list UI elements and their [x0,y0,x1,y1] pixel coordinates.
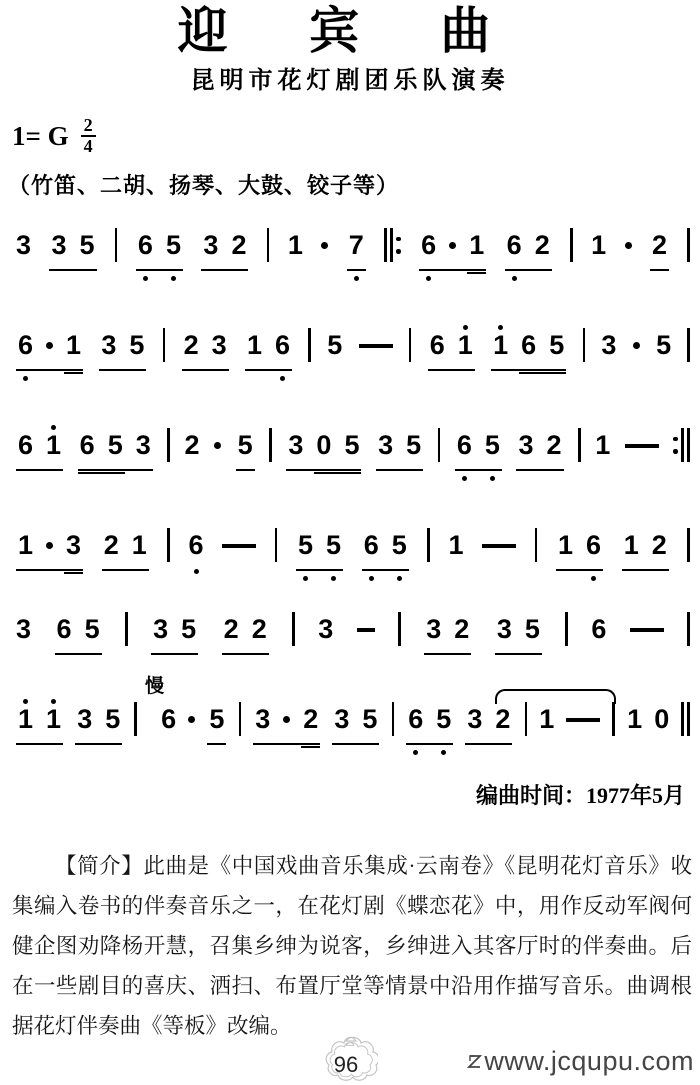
barline-single [167,428,170,462]
note-digit: 5 [436,704,451,734]
note: 5 [344,430,359,465]
barline-stroke [398,612,401,646]
barline-stroke [275,528,278,562]
eighth-beam-group: 13 [16,530,83,571]
note: 2 [184,330,199,365]
octave-dot-below [331,576,336,581]
note: 5 [436,704,451,739]
note-digit: 6 [189,530,204,560]
note: 0 [654,704,669,739]
barline-stroke [292,612,295,646]
note: 1 [627,704,642,739]
note: 3 [51,230,66,265]
note: 2 [652,530,667,565]
eighth-beam-group: 55 [296,530,343,571]
music-line-3: 61653253053565321 [16,430,690,471]
repeat-dots [673,428,678,462]
note: 5 [298,530,313,565]
duration-dot [46,342,53,349]
note: 6 [364,530,379,565]
barline-stroke [687,228,690,262]
eighth-beam-group: 5 [236,430,255,471]
note-digit: 1 [132,530,147,560]
octave-dot-below [413,750,418,755]
note-digit: 2 [303,704,318,734]
octave-dot-below [143,276,148,281]
note-digit: 5 [105,704,120,734]
note: 5 [209,704,224,739]
eighth-beam-group: 65 [455,430,502,471]
note: 5 [656,330,671,365]
note: 6 [161,704,176,739]
time-signature: 2 4 [81,116,96,156]
instrument-list: （竹笛、二胡、扬琴、大鼓、铰子等） [8,172,399,200]
note: 1 [539,704,554,739]
note: 3 [426,614,441,649]
note-digit: 2 [495,704,510,734]
note-digit: 5 [344,430,359,460]
sixteenth-beam-group: 65 [521,330,564,365]
note-digit: 5 [298,530,313,560]
note-digit: 1 [46,704,61,734]
eighth-beam-group: 61 [428,330,475,371]
note-digit: 6 [364,530,379,560]
repeat-dot [396,249,401,254]
note-digit: 6 [161,704,176,734]
note-digit: 5 [129,330,144,360]
barline-single [687,612,690,646]
note: 3 [16,230,31,265]
note-digit: 5 [166,230,181,260]
note-digit: 3 [378,430,393,460]
music-line-6: 1135慢6532356532110 [16,704,690,745]
barline-end-repeat [673,428,690,462]
note-digit: 2 [535,230,550,260]
eighth-beam-group: 32 [424,614,471,655]
barline-stroke [269,428,272,462]
octave-dot-above [23,699,28,704]
barline-stroke [390,228,393,262]
note: 1 [46,704,61,739]
note-digit: 5 [85,614,100,644]
note-digit: 2 [454,614,469,644]
eighth-beam-group: 35 [495,614,542,655]
note-digit: 3 [497,614,512,644]
sixteenth-beam-line [467,272,486,275]
barline-single [167,528,170,562]
note: 6 [189,530,204,565]
barline-stroke [687,528,690,562]
octave-dot-below [23,376,28,381]
note-digit: 5 [327,330,342,360]
note: 5 [327,330,342,365]
eighth-beam-group: 65 [362,530,409,571]
music-line-1: 335653217616212 [16,230,690,271]
sixteenth-beam-line [301,746,320,749]
page-number-ornament: 96 [314,1036,378,1085]
sixteenth-beam-group: 65 [80,430,123,465]
eighth-beam-group: 11 [16,704,63,745]
note: 3 [497,614,512,649]
barline-stroke [687,612,690,646]
half-note-dash [566,718,600,722]
note-digit: 3 [601,330,616,360]
note-digit: 6 [138,230,153,260]
eighth-beam-group: 7 [347,230,366,271]
sixteenth-beam-group: 1 [469,230,484,265]
note: 5 [485,430,500,465]
barline-stroke [267,228,270,262]
note: 2 [252,614,267,649]
half-note-dash [357,628,375,632]
note-digit: 3 [153,614,168,644]
note-digit: 3 [426,614,441,644]
octave-dot-below [490,476,495,481]
sixteenth-beam-line [64,372,83,375]
half-note-dash [625,444,659,448]
half-note-dash [222,544,256,548]
octave-dot-above [463,325,468,330]
note: 6 [421,230,436,265]
note: 2 [104,530,119,565]
duration-dot [283,716,290,723]
note: 2 [184,430,199,465]
note-digit: 6 [591,614,606,644]
duration-dot [188,716,195,723]
barline-single [578,428,581,462]
note-digit: 1 [46,430,61,460]
key-signature-text: 1= G [12,119,69,153]
barline-single [398,612,401,646]
note-digit: 1 [469,230,484,260]
octave-dot-below [462,476,467,481]
barline-single [134,702,137,736]
note-digit: 3 [203,230,218,260]
eighth-beam-group: 62 [505,230,552,271]
octave-dot-below [369,576,374,581]
octave-dot-below [303,576,308,581]
octave-dot-below [194,569,199,574]
note-digit: 5 [108,430,123,460]
note: 3 [518,430,533,465]
note-digit: 6 [586,530,601,560]
eighth-beam-group: 61 [16,330,83,371]
note-digit: 1 [627,704,642,734]
music-line-4: 13216556511612 [16,530,690,571]
sheet-music-page: 迎 宾 曲 昆明市花灯剧团乐队演奏 1= G 2 4 （竹笛、二胡、扬琴、大鼓、… [0,0,700,1085]
note: 6 [591,614,606,649]
note-digit: 5 [181,614,196,644]
note: 5 [85,614,100,649]
note: 5 [129,330,144,365]
barline-single [267,228,270,262]
barline-stroke [681,702,684,736]
note: 1 [46,430,61,465]
note: 3 [601,330,616,365]
barline-stroke [167,428,170,462]
note-digit: 6 [18,330,33,360]
duration-dot [633,342,640,349]
note-digit: 2 [224,614,239,644]
note: 3 [77,704,92,739]
eighth-beam-group: 65 [136,230,183,271]
note-digit: 3 [136,430,151,460]
note-digit: 1 [18,704,33,734]
barline-single [239,702,242,736]
half-note-dash [482,544,516,548]
note-digit: 3 [101,330,116,360]
note-digit: 1 [18,530,33,560]
note-digit: 1 [558,530,573,560]
note: 3 [334,704,349,739]
note-digit: 3 [212,330,227,360]
note: 1 [624,530,639,565]
performer-subtitle: 昆明市花灯剧团乐队演奏 [0,66,700,96]
sixteenth-beam-line [78,472,125,475]
barline-stroke [525,702,528,736]
note-digit: 1 [449,530,464,560]
note: 2 [224,614,239,649]
note-digit: 2 [252,614,267,644]
barline-single [392,702,395,736]
barline-single [687,328,690,362]
note: 1 [469,230,484,265]
repeat-dot [673,449,678,454]
page-title: 迎 宾 曲 [0,2,684,60]
note: 5 [549,330,564,365]
eighth-beam-group: 21 [102,530,149,571]
note: 3 [203,230,218,265]
barline-stroke [681,428,684,462]
note-digit: 5 [362,704,377,734]
note: 5 [181,614,196,649]
note: 6 [275,330,290,365]
barline-stroke [409,328,412,362]
note-digit: 2 [184,330,199,360]
barline-single [687,528,690,562]
note: 5 [238,430,253,465]
note: 1 [591,230,606,265]
barline-stroke [687,428,690,462]
barline-single [525,702,528,736]
note: 5 [166,230,181,265]
note: 2 [303,704,318,739]
note: 6 [430,330,445,365]
barline-single [115,228,118,262]
music-line-5: 3653522332356 [16,614,690,655]
note-digit: 3 [318,614,333,644]
note: 5 [108,430,123,465]
note-digit: 1 [591,230,606,260]
barline-single [438,428,441,462]
note-digit: 5 [209,704,224,734]
sixteenth-beam-group: 2 [303,704,318,739]
note: 1 [66,330,81,365]
note: 3 [136,430,151,465]
note-digit: 3 [77,704,92,734]
barline-single [409,328,412,362]
note-digit: 1 [288,230,303,260]
barline-stroke [125,612,128,646]
sixteenth-beam-line [519,372,566,375]
barline-stroke [384,228,387,262]
note: 1 [18,704,33,739]
watermark: www.jcqupu.com [466,1046,694,1076]
note: 2 [495,704,510,739]
barline-single [687,228,690,262]
page-number: 96 [314,1053,378,1077]
note-digit: 6 [408,704,423,734]
sixteenth-beam-group: 05 [316,430,359,465]
eighth-beam-group: 12 [622,530,669,571]
note: 3 [378,430,393,465]
note: 3 [467,704,482,739]
duration-dot [449,242,456,249]
note: 3 [16,614,31,649]
octave-dot-below [591,576,596,581]
note: 1 [595,430,610,465]
note: 7 [349,230,364,265]
barline-begin-repeat [384,228,401,262]
repeat-dot [673,437,678,442]
note: 6 [138,230,153,265]
barline-single [125,612,128,646]
note: 6 [507,230,522,265]
barline-stroke [134,702,137,736]
barline-single [535,528,538,562]
note-digit: 3 [51,230,66,260]
eighth-beam-group: 32 [516,430,563,471]
octave-dot-below [354,276,359,281]
barline-stroke [687,702,690,736]
note: 5 [392,530,407,565]
note: 1 [493,330,508,365]
note-digit: 1 [539,704,554,734]
barline-single [583,328,586,362]
key-signature: 1= G 2 4 [12,116,96,156]
note-digit: 5 [406,430,421,460]
note: 5 [80,230,95,265]
eighth-beam-group: 32 [253,704,320,745]
note: 3 [101,330,116,365]
barline-stroke [535,528,538,562]
note-digit: 6 [457,430,472,460]
note-digit: 2 [652,530,667,560]
eighth-beam-group: 35 [49,230,96,271]
barline-stroke [167,528,170,562]
note: 1 [247,330,262,365]
note-digit: 2 [652,230,667,260]
note: 1 [132,530,147,565]
sixteenth-beam-line [314,472,361,475]
note-digit: 3 [518,430,533,460]
duration-dot [321,242,328,249]
note-digit: 5 [656,330,671,360]
note: 1 [558,530,573,565]
barline-single [292,612,295,646]
note-digit: 3 [467,704,482,734]
barline-single [565,612,568,646]
barline-stroke [427,528,430,562]
barline-stroke [438,428,441,462]
eighth-beam-group: 22 [222,614,269,655]
barline-stroke [239,702,242,736]
repeat-dot [396,237,401,242]
note-digit: 1 [247,330,262,360]
eighth-beam-group: 35 [151,614,198,655]
barline-stroke [163,328,166,362]
barline-stroke [392,702,395,736]
note: 5 [406,430,421,465]
barline-stroke [583,328,586,362]
note: 5 [105,704,120,739]
note-digit: 1 [66,330,81,360]
sixteenth-beam-group: 3 [66,530,81,565]
note-digit: 2 [231,230,246,260]
eighth-beam-group: 32 [201,230,248,271]
barline-stroke [115,228,118,262]
barline-stroke [612,702,615,736]
duration-dot [625,242,632,249]
note-digit: 5 [525,614,540,644]
eighth-beam-group: 35 [99,330,146,371]
note: 6 [457,430,472,465]
barline-single [427,528,430,562]
duration-dot [46,542,53,549]
barline-final [681,702,690,736]
barline-single [612,702,615,736]
note: 5 [525,614,540,649]
note-digit: 3 [66,530,81,560]
half-note-dash [630,628,664,632]
arrangement-date: 编曲时间：1977年5月 [476,782,685,810]
note-digit: 6 [57,614,72,644]
barline-stroke [308,328,311,362]
note-digit: 6 [80,430,95,460]
sixteenth-beam-line [64,572,83,575]
eighth-beam-group: 23 [182,330,229,371]
eighth-beam-group: 61 [16,430,63,471]
octave-dot-below [280,376,285,381]
note: 3 [318,614,333,649]
barline-single [269,428,272,462]
note-digit: 5 [549,330,564,360]
tempo-mark-text: 慢 [145,677,164,697]
note: 1 [449,530,464,565]
octave-dot-below [426,276,431,281]
note-digit: 6 [507,230,522,260]
note-digit: 5 [392,530,407,560]
eighth-beam-group: 16 [245,330,292,371]
note: 2 [652,230,667,265]
note-digit: 1 [624,530,639,560]
note-digit: 5 [485,430,500,460]
barline-single [163,328,166,362]
note: 6 [57,614,72,649]
note: 3 [153,614,168,649]
note-digit: 6 [421,230,436,260]
note: 3 [255,704,270,739]
octave-dot-below [171,276,176,281]
note-digit: 5 [326,530,341,560]
barline-stroke [687,328,690,362]
barline-single [570,228,573,262]
eighth-beam-group: 35 [332,704,379,745]
eighth-beam-group: 305 [286,430,361,471]
note: 2 [535,230,550,265]
note-digit: 6 [430,330,445,360]
eighth-beam-group: 5 [207,704,226,745]
